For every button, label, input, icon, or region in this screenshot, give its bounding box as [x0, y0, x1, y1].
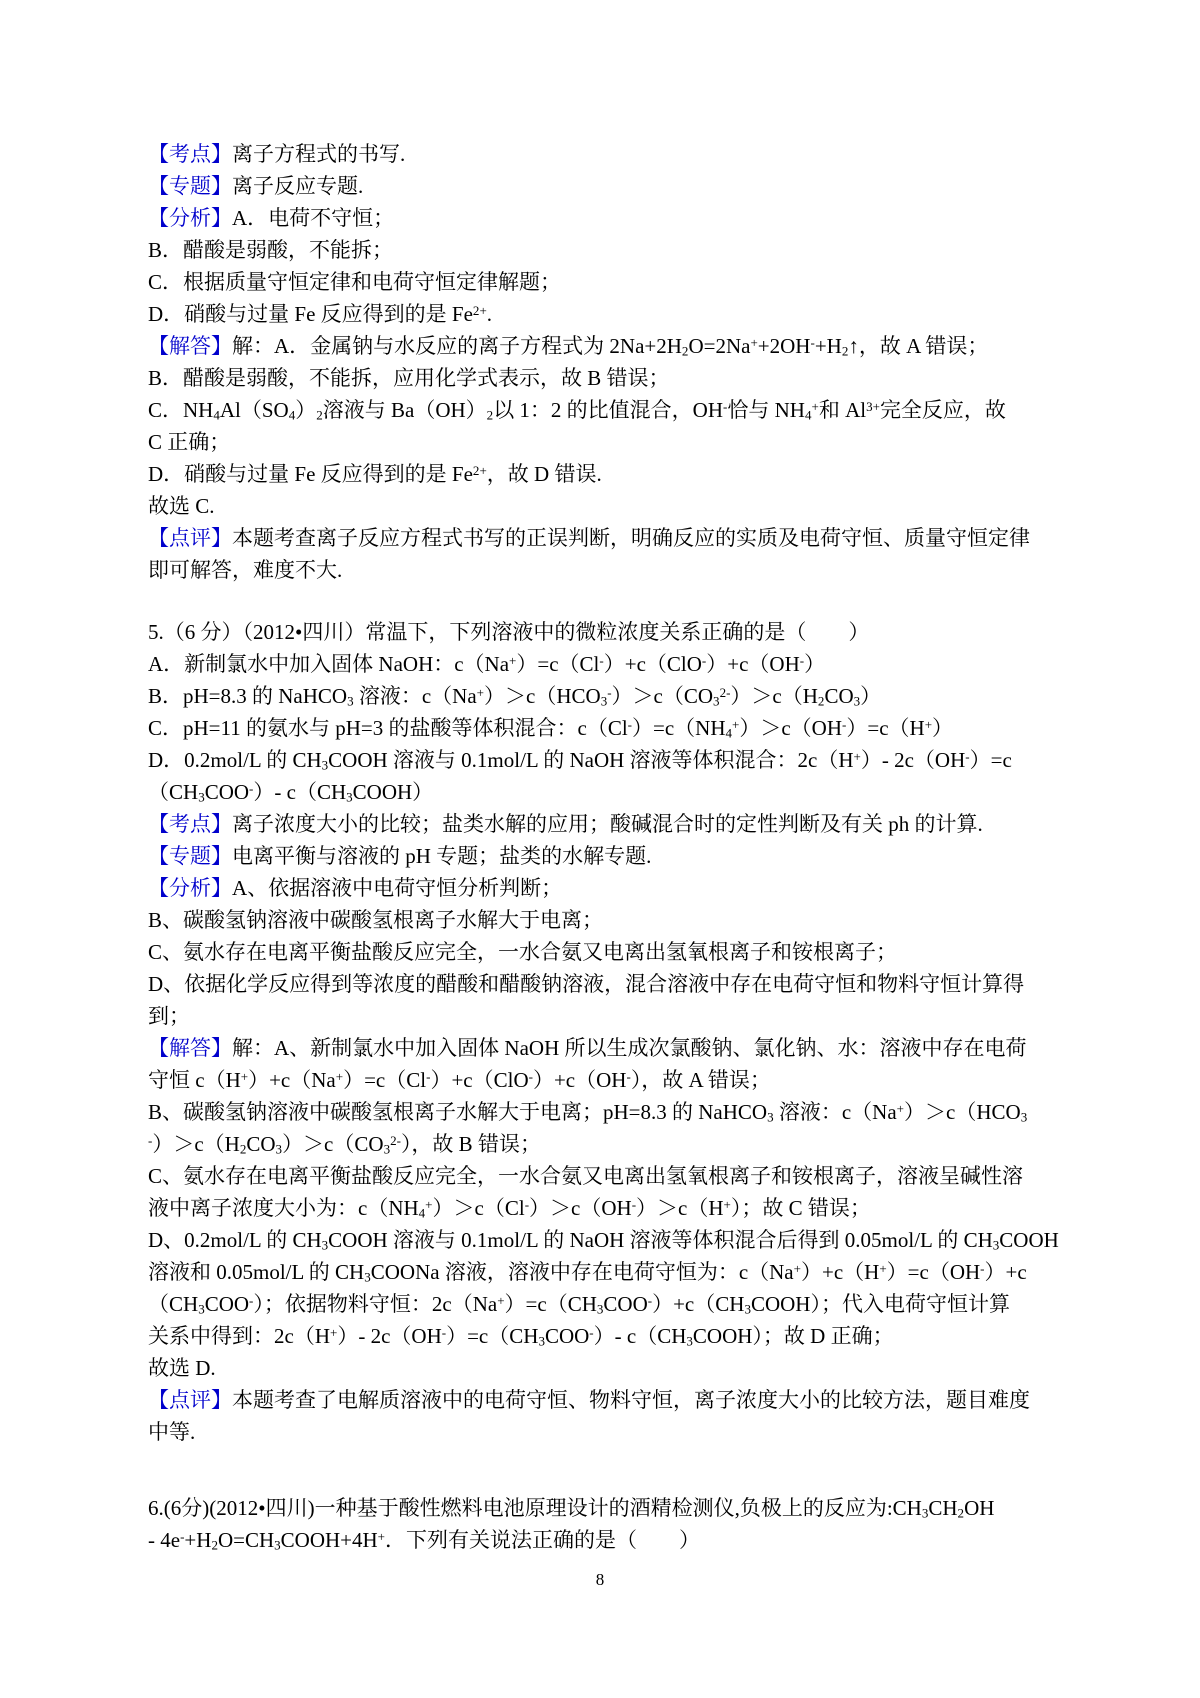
- text-line: B、碳酸氢钠溶液中碳酸氢根离子水解大于电离；: [148, 904, 1088, 936]
- text-line: C．根据质量守恒定律和电荷守恒定律解题；: [148, 266, 1088, 298]
- text-line: 液中离子浓度大小为：c（NH4+）＞c（Cl-）＞c（OH-）＞c（H+）；故 …: [148, 1192, 1088, 1224]
- line-text: B、碳酸氢钠溶液中碳酸氢根离子水解大于电离；: [148, 908, 603, 932]
- text-line: 中等.: [148, 1416, 1088, 1448]
- line-text: 解：A．金属钠与水反应的离子方程式为 2Na+2H2O=2Na++2OH-+H2…: [232, 334, 988, 358]
- text-line: C 正确；: [148, 426, 1088, 458]
- line-text: -）＞c（H2CO3）＞c（CO32-），故 B 错误；: [148, 1132, 541, 1156]
- text-line: 【点评】本题考查离子反应方程式书写的正误判断，明确反应的实质及电荷守恒、质量守恒…: [148, 522, 1088, 554]
- line-text: D．硝酸与过量 Fe 反应得到的是 Fe2+.: [148, 302, 492, 326]
- line-text: 溶液和 0.05mol/L 的 CH3COONa 溶液，溶液中存在电荷守恒为：c…: [148, 1260, 1027, 1284]
- line-text: 故选 C.: [148, 494, 215, 518]
- text-line: 溶液和 0.05mol/L 的 CH3COONa 溶液，溶液中存在电荷守恒为：c…: [148, 1256, 1088, 1288]
- line-text: 中等.: [148, 1420, 195, 1444]
- line-text: 液中离子浓度大小为：c（NH4+）＞c（Cl-）＞c（OH-）＞c（H+）；故 …: [148, 1196, 871, 1220]
- line-text: 解：A、新制氯水中加入固体 NaOH 所以生成次氯酸钠、氯化钠、水：溶液中存在电…: [232, 1036, 1026, 1060]
- line-text: B．醋酸是弱酸，不能拆，应用化学式表示，故 B 错误；: [148, 366, 670, 390]
- text-line: 【专题】离子反应专题.: [148, 170, 1088, 202]
- text-line: -）＞c（H2CO3）＞c（CO32-），故 B 错误；: [148, 1128, 1088, 1160]
- line-text: 即可解答，难度不大.: [148, 558, 342, 582]
- page-number: 8: [0, 1568, 1200, 1592]
- line-text: 故选 D.: [148, 1356, 216, 1380]
- text-line: A．新制氯水中加入固体 NaOH：c（Na+）=c（Cl-）+c（ClO-）+c…: [148, 648, 1088, 680]
- line-text: 5.（6 分）（2012•四川）常温下，下列溶液中的微粒浓度关系正确的是（ ）: [148, 620, 869, 644]
- line-text: 本题考查离子反应方程式书写的正误判断，明确反应的实质及电荷守恒、质量守恒定律: [232, 526, 1030, 550]
- question-6-block: 6.(6分)(2012•四川)一种基于酸性燃料电池原理设计的酒精检测仪,负极上的…: [148, 1492, 1088, 1556]
- text-line: 关系中得到：2c（H+）- 2c（OH-）=c（CH3COO-）- c（CH3C…: [148, 1320, 1088, 1352]
- text-line: B．醋酸是弱酸，不能拆，应用化学式表示，故 B 错误；: [148, 362, 1088, 394]
- line-text: - 4e-+H2O=CH3COOH+4H+．下列有关说法正确的是（ ）: [148, 1528, 700, 1552]
- question-4-explanation-block: 【考点】离子方程式的书写.【专题】离子反应专题.【分析】A．电荷不守恒；B．醋酸…: [148, 138, 1088, 586]
- line-text: A．新制氯水中加入固体 NaOH：c（Na+）=c（Cl-）+c（ClO-）+c…: [148, 652, 825, 676]
- text-line: B．醋酸是弱酸，不能拆；: [148, 234, 1088, 266]
- line-text: A．电荷不守恒；: [232, 206, 394, 230]
- line-text: B．醋酸是弱酸，不能拆；: [148, 238, 393, 262]
- text-line: 【解答】解：A、新制氯水中加入固体 NaOH 所以生成次氯酸钠、氯化钠、水：溶液…: [148, 1032, 1088, 1064]
- line-text: C、氨水存在电离平衡盐酸反应完全，一水合氨又电离出氢氧根离子和铵根离子，溶液呈碱…: [148, 1164, 1023, 1188]
- text-line: C．NH4Al（SO4）2溶液与 Ba（OH）2以 1：2 的比值混合，OH-恰…: [148, 394, 1088, 426]
- text-line: 守恒 c（H+）+c（Na+）=c（Cl-）+c（ClO-）+c（OH-），故 …: [148, 1064, 1088, 1096]
- line-text: 守恒 c（H+）+c（Na+）=c（Cl-）+c（ClO-）+c（OH-），故 …: [148, 1068, 771, 1092]
- line-text: 6.(6分)(2012•四川)一种基于酸性燃料电池原理设计的酒精检测仪,负极上的…: [148, 1496, 994, 1520]
- text-line: 故选 D.: [148, 1352, 1088, 1384]
- line-text: 关系中得到：2c（H+）- 2c（OH-）=c（CH3COO-）- c（CH3C…: [148, 1324, 894, 1348]
- text-line: D、依据化学反应得到等浓度的醋酸和醋酸钠溶液，混合溶液中存在电荷守恒和物料守恒计…: [148, 968, 1088, 1000]
- text-line: 6.(6分)(2012•四川)一种基于酸性燃料电池原理设计的酒精检测仪,负极上的…: [148, 1492, 1088, 1524]
- text-line: 到；: [148, 1000, 1088, 1032]
- line-text: C．根据质量守恒定律和电荷守恒定律解题；: [148, 270, 561, 294]
- line-text: （CH3COO-）- c（CH3COOH）: [148, 780, 433, 804]
- line-text: C、氨水存在电离平衡盐酸反应完全，一水合氨又电离出氢氧根离子和铵根离子；: [148, 940, 897, 964]
- text-line: 5.（6 分）（2012•四川）常温下，下列溶液中的微粒浓度关系正确的是（ ）: [148, 616, 1088, 648]
- text-line: - 4e-+H2O=CH3COOH+4H+．下列有关说法正确的是（ ）: [148, 1524, 1088, 1556]
- page-content: 【考点】离子方程式的书写.【专题】离子反应专题.【分析】A．电荷不守恒；B．醋酸…: [148, 138, 1088, 1556]
- line-text: B．pH=8.3 的 NaHCO3 溶液：c（Na+）＞c（HCO3-）＞c（C…: [148, 684, 881, 708]
- line-text: 本题考查了电解质溶液中的电荷守恒、物料守恒，离子浓度大小的比较方法，题目难度: [232, 1388, 1030, 1412]
- section-label: 【解答】: [148, 334, 232, 358]
- text-line: 故选 C.: [148, 490, 1088, 522]
- line-text: A、依据溶液中电荷守恒分析判断；: [232, 876, 562, 900]
- section-label: 【考点】: [148, 812, 232, 836]
- text-line: C、氨水存在电离平衡盐酸反应完全，一水合氨又电离出氢氧根离子和铵根离子；: [148, 936, 1088, 968]
- text-line: 即可解答，难度不大.: [148, 554, 1088, 586]
- line-text: D、0.2mol/L 的 CH3COOH 溶液与 0.1mol/L 的 NaOH…: [148, 1228, 1059, 1252]
- line-text: C．pH=11 的氨水与 pH=3 的盐酸等体积混合：c（Cl-）=c（NH4+…: [148, 716, 953, 740]
- text-line: 【解答】解：A．金属钠与水反应的离子方程式为 2Na+2H2O=2Na++2OH…: [148, 330, 1088, 362]
- text-line: （CH3COO-）- c（CH3COOH）: [148, 776, 1088, 808]
- line-text: （CH3COO-）；依据物料守恒：2c（Na+）=c（CH3COO-）+c（CH…: [148, 1292, 1010, 1316]
- text-line: 【点评】本题考查了电解质溶液中的电荷守恒、物料守恒，离子浓度大小的比较方法，题目…: [148, 1384, 1088, 1416]
- line-text: D、依据化学反应得到等浓度的醋酸和醋酸钠溶液，混合溶液中存在电荷守恒和物料守恒计…: [148, 972, 1024, 996]
- section-label: 【点评】: [148, 526, 232, 550]
- text-line: 【分析】A、依据溶液中电荷守恒分析判断；: [148, 872, 1088, 904]
- line-text: C 正确；: [148, 430, 230, 454]
- text-line: C．pH=11 的氨水与 pH=3 的盐酸等体积混合：c（Cl-）=c（NH4+…: [148, 712, 1088, 744]
- line-text: 电离平衡与溶液的 pH 专题；盐类的水解专题.: [232, 844, 651, 868]
- section-label: 【分析】: [148, 876, 232, 900]
- line-text: 到；: [148, 1004, 190, 1028]
- text-line: D．0.2mol/L 的 CH3COOH 溶液与 0.1mol/L 的 NaOH…: [148, 744, 1088, 776]
- line-text: 离子方程式的书写.: [232, 142, 405, 166]
- text-line: D．硝酸与过量 Fe 反应得到的是 Fe2+.: [148, 298, 1088, 330]
- text-line: B、碳酸氢钠溶液中碳酸氢根离子水解大于电离；pH=8.3 的 NaHCO3 溶液…: [148, 1096, 1088, 1128]
- question-5-block: 5.（6 分）（2012•四川）常温下，下列溶液中的微粒浓度关系正确的是（ ）A…: [148, 616, 1088, 1448]
- text-line: （CH3COO-）；依据物料守恒：2c（Na+）=c（CH3COO-）+c（CH…: [148, 1288, 1088, 1320]
- line-text: C．NH4Al（SO4）2溶液与 Ba（OH）2以 1：2 的比值混合，OH-恰…: [148, 398, 1006, 422]
- section-label: 【专题】: [148, 174, 232, 198]
- line-text: D．硝酸与过量 Fe 反应得到的是 Fe2+，故 D 错误.: [148, 462, 602, 486]
- text-line: 【分析】A．电荷不守恒；: [148, 202, 1088, 234]
- section-label: 【解答】: [148, 1036, 232, 1060]
- section-label: 【考点】: [148, 142, 232, 166]
- line-text: 离子反应专题.: [232, 174, 363, 198]
- text-line: D、0.2mol/L 的 CH3COOH 溶液与 0.1mol/L 的 NaOH…: [148, 1224, 1088, 1256]
- line-text: 离子浓度大小的比较；盐类水解的应用；酸碱混合时的定性判断及有关 ph 的计算.: [232, 812, 983, 836]
- text-line: B．pH=8.3 的 NaHCO3 溶液：c（Na+）＞c（HCO3-）＞c（C…: [148, 680, 1088, 712]
- text-line: 【专题】电离平衡与溶液的 pH 专题；盐类的水解专题.: [148, 840, 1088, 872]
- text-line: D．硝酸与过量 Fe 反应得到的是 Fe2+，故 D 错误.: [148, 458, 1088, 490]
- section-label: 【专题】: [148, 844, 232, 868]
- text-line: 【考点】离子方程式的书写.: [148, 138, 1088, 170]
- document-page: 【考点】离子方程式的书写.【专题】离子反应专题.【分析】A．电荷不守恒；B．醋酸…: [0, 0, 1200, 1698]
- line-text: B、碳酸氢钠溶液中碳酸氢根离子水解大于电离；pH=8.3 的 NaHCO3 溶液…: [148, 1100, 1027, 1124]
- text-line: 【考点】离子浓度大小的比较；盐类水解的应用；酸碱混合时的定性判断及有关 ph 的…: [148, 808, 1088, 840]
- text-line: C、氨水存在电离平衡盐酸反应完全，一水合氨又电离出氢氧根离子和铵根离子，溶液呈碱…: [148, 1160, 1088, 1192]
- line-text: D．0.2mol/L 的 CH3COOH 溶液与 0.1mol/L 的 NaOH…: [148, 748, 1012, 772]
- section-label: 【点评】: [148, 1388, 232, 1412]
- section-label: 【分析】: [148, 206, 232, 230]
